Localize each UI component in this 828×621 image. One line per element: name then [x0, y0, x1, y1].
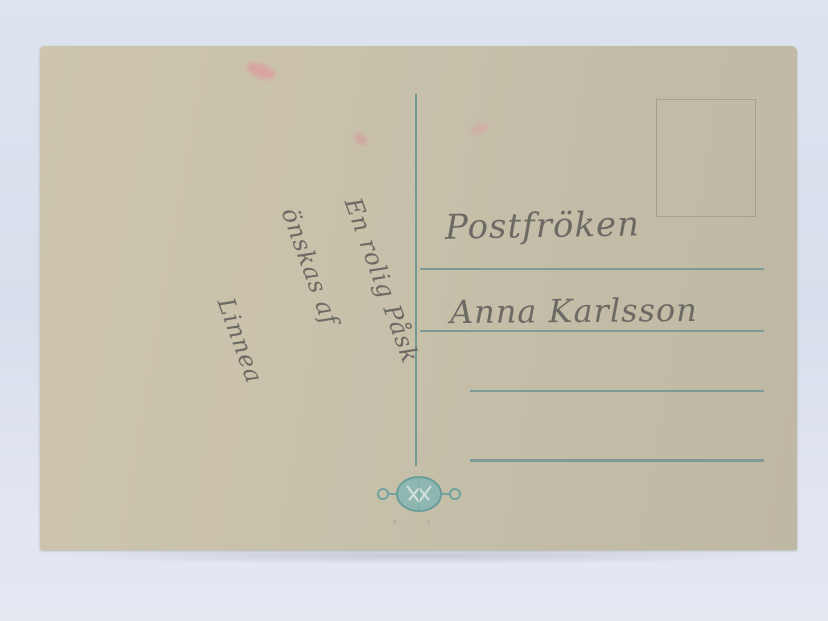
message-line-2: önskas af: [276, 204, 344, 329]
address-recipient-title: Postfröken: [445, 204, 641, 247]
address-line-4: [470, 459, 764, 462]
pink-mark: [470, 121, 490, 136]
address-recipient-name: Anna Karlsson: [450, 291, 698, 331]
card-shadow: [42, 548, 794, 564]
postcard-back: Postfröken Anna Karlsson En rolig Påsk ö…: [40, 46, 797, 550]
publisher-emblem-icon: [373, 474, 465, 514]
address-line-3: [470, 390, 764, 392]
pink-mark: [245, 59, 278, 82]
message-signature: Linnea: [212, 294, 269, 387]
pink-mark: [352, 130, 371, 148]
stamp-box: [656, 99, 756, 217]
address-line-1: [420, 268, 764, 270]
emblem-caption: S. · · · 1 · · ·: [392, 520, 448, 528]
message-line-1: En rolig Påsk: [339, 194, 425, 367]
center-divider-line: [415, 94, 417, 466]
